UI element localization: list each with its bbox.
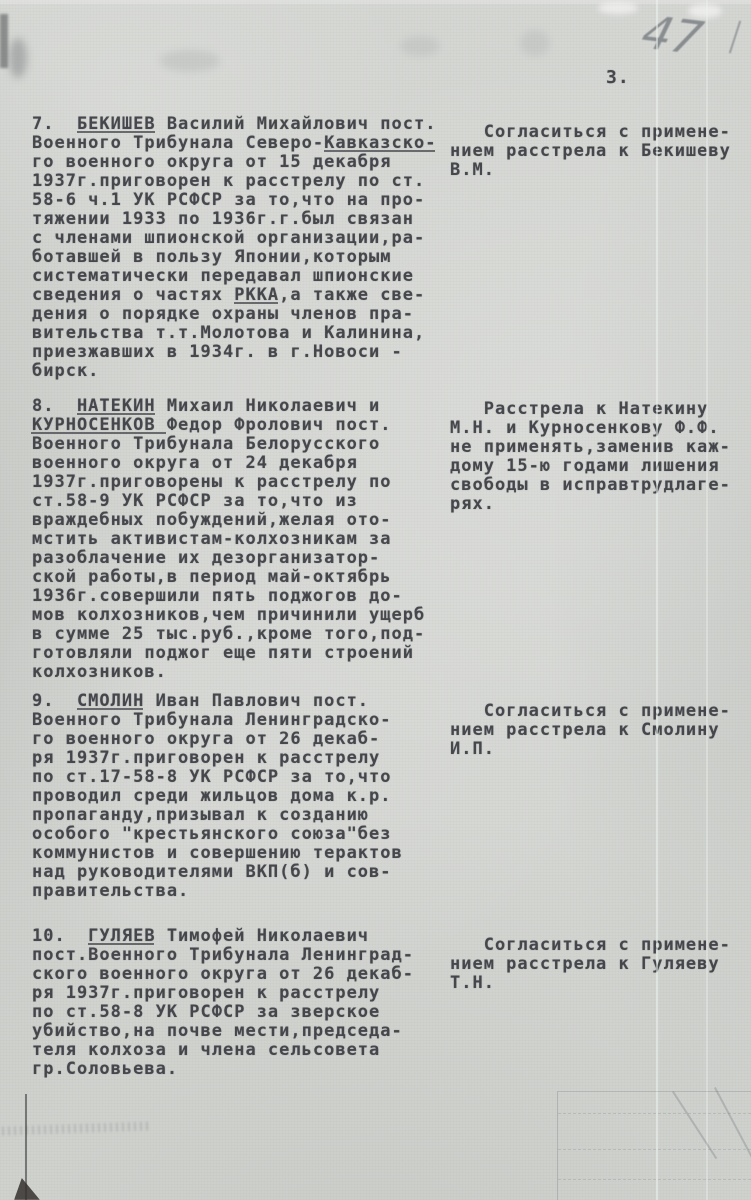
ghost-table-bleedthrough bbox=[557, 1091, 751, 1200]
ghost-table-line bbox=[558, 1113, 751, 1114]
ghost-table-line bbox=[558, 1179, 751, 1180]
resolution-text-8: Расстрела к Натекину М.Н. и Курносенкову… bbox=[450, 400, 731, 514]
page-number: 3. bbox=[606, 68, 630, 87]
resolution-text-9: Согласиться с примене- нием расстрела к … bbox=[450, 702, 731, 759]
case-text-10: 10. ГУЛЯЕВ Тимофей Николаевич пост.Военн… bbox=[32, 927, 414, 1079]
underline-kavkazsko-mark bbox=[324, 150, 435, 152]
pencil-smudge-top-left bbox=[9, 38, 27, 78]
glare-spot-1 bbox=[598, 2, 638, 14]
scan-seam-line-1 bbox=[656, 0, 658, 1200]
case-text-7: 7. БЕКИШЕВ Василий Михайлович пост. Воен… bbox=[32, 115, 436, 381]
underline-surname-gulyaev-mark bbox=[88, 943, 154, 945]
underline-rkka-mark bbox=[234, 302, 278, 304]
underline-surname-smolin-mark bbox=[77, 708, 143, 710]
underline-surname-natekin-mark bbox=[77, 413, 155, 415]
pencil-smudge-top-3 bbox=[520, 30, 550, 56]
pencil-smudge-top-1 bbox=[160, 50, 220, 72]
document-scan-page: 47 3. 7. БЕКИШЕВ Василий Михайлович пост… bbox=[0, 0, 751, 1200]
underline-surname-bekishev-mark bbox=[77, 131, 155, 133]
case-text-8: 8. НАТЕКИН Михаил Николаевич и КУРНОСЕНК… bbox=[32, 397, 425, 682]
ghost-table-line bbox=[558, 1149, 751, 1150]
left-edge-ink-mark bbox=[0, 14, 8, 68]
resolution-text-10: Согласиться с примене- нием расстрела к … bbox=[450, 936, 731, 993]
scan-seam-line-2 bbox=[706, 0, 708, 1200]
resolution-text-7: Согласиться с примене- нием расстрела к … bbox=[450, 123, 731, 180]
underline-surname-kurnosenkov-mark bbox=[31, 432, 166, 434]
pencil-smudge-top-2 bbox=[400, 36, 440, 56]
case-text-9: 9. СМОЛИН Иван Павлович пост. Военного Т… bbox=[32, 692, 403, 901]
scan-edge-highlight bbox=[0, 0, 751, 4]
right-edge-pencil-tick bbox=[729, 21, 741, 54]
handwritten-folio-number: 47 bbox=[636, 5, 708, 65]
corner-fold-shadow bbox=[14, 1178, 40, 1200]
